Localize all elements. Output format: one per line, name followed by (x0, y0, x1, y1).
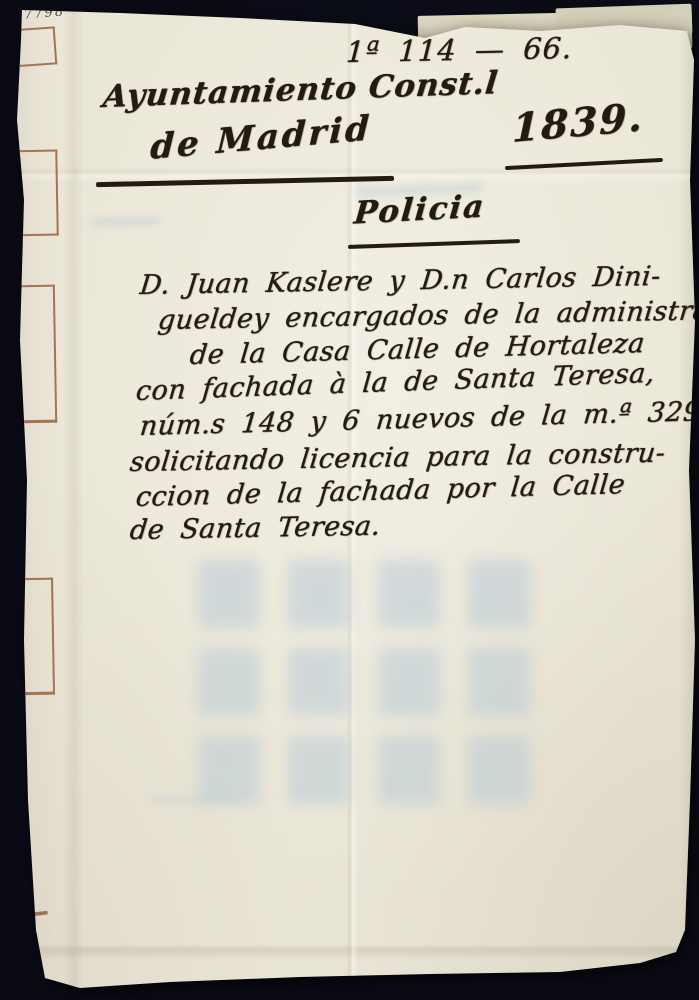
manuscript-page: 7798 1ª 114 — 66. Ayuntamiento Const.l d… (0, 0, 699, 1000)
binding-stitch-1 (7, 26, 58, 67)
verso-bleed-through (198, 560, 530, 802)
binding-stitch-3 (9, 285, 57, 424)
binding-stitch-2 (5, 150, 58, 237)
ink-bleed-smudge (150, 796, 240, 802)
body-line-8: de Santa Teresa. (128, 511, 382, 546)
section-title-underline (348, 239, 520, 249)
file-reference-number: 1ª 114 — 66. (345, 31, 573, 69)
binding-stitch-4 (5, 578, 55, 696)
year-underline (505, 158, 663, 170)
photo-backdrop: 7798 1ª 114 — 66. Ayuntamiento Const.l d… (0, 0, 699, 1000)
letterhead-line1: Ayuntamiento Const.l (101, 65, 500, 115)
body-line-1: D. Juan Kaslere y D.n Carlos Dini- (138, 261, 662, 301)
year-label: 1839. (512, 94, 644, 152)
paper-shadow-wrap: 7798 1ª 114 — 66. Ayuntamiento Const.l d… (0, 0, 699, 1000)
letterhead-underline (96, 176, 394, 187)
ink-bleed-smudge (90, 217, 160, 225)
archival-number: 7798 (23, 4, 65, 23)
binding-stitch-5 (8, 911, 48, 920)
letterhead-line2: de Madrid (149, 108, 373, 168)
section-title: Policia (353, 188, 487, 231)
